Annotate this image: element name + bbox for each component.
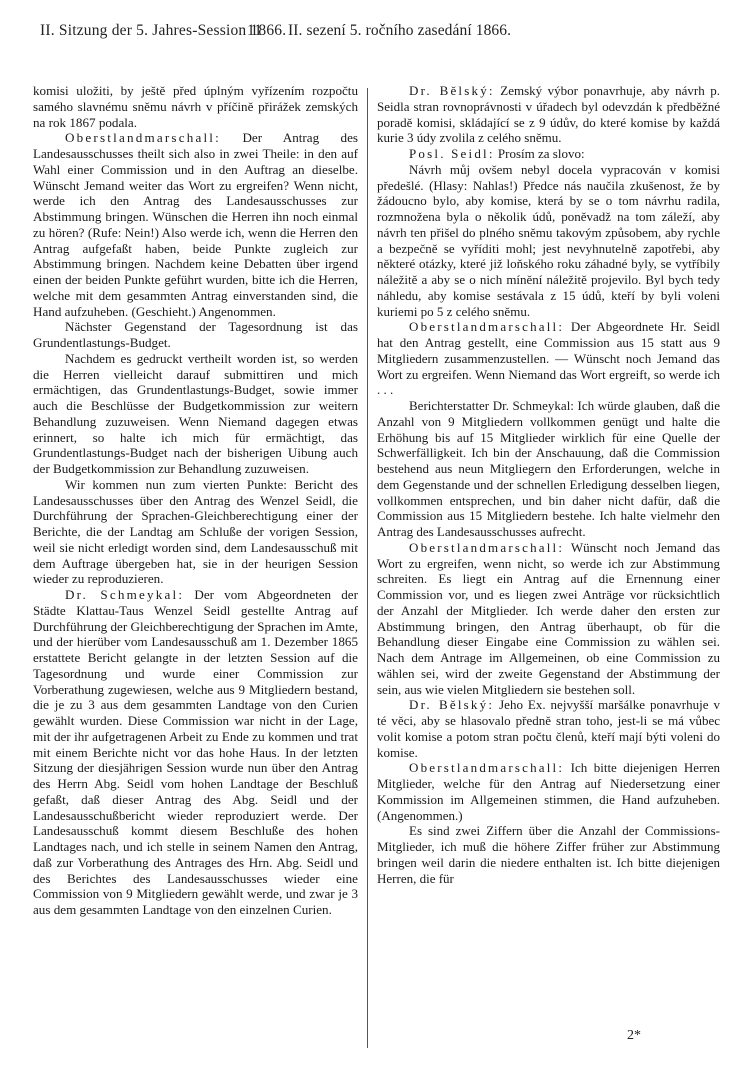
speaker-name: Berichterstatter Dr. Schmeykal:	[409, 398, 574, 413]
speaker-name: Dr. Bělský:	[409, 697, 494, 712]
right-column-czech: Dr. Bělský: Zemský výbor ponavrhuje, aby…	[377, 83, 720, 886]
paragraph: komisi uložiti, by ještě před úplným vyř…	[33, 83, 358, 130]
column-divider	[367, 88, 368, 1048]
paragraph: Oberstlandmarschall: Der Antrag des Land…	[33, 130, 358, 319]
speaker-name: Oberstlandmarschall:	[409, 319, 564, 334]
speaker-name: Posl. Seidl:	[409, 146, 495, 161]
page-number: 11	[247, 22, 262, 40]
paragraph: Nachdem es gedruckt vertheilt worden ist…	[33, 351, 358, 477]
paragraph: Es sind zwei Ziffern über die Anzahl der…	[377, 823, 720, 886]
paragraph: Návrh můj ovšem nebyl docela vypracován …	[377, 162, 720, 320]
paragraph: Oberstlandmarschall: Wünscht noch Jemand…	[377, 540, 720, 698]
paragraph: Posl. Seidl: Prosím za slovo:	[377, 146, 720, 162]
paragraph: Wir kommen nun zum vierten Punkte: Beric…	[33, 477, 358, 587]
signature-mark: 2*	[627, 1028, 641, 1044]
speaker-name: Dr. Bělský:	[409, 83, 495, 98]
speaker-name: Dr. Schmeykal:	[65, 587, 184, 602]
page-header: II. Sitzung der 5. Jahres-Session 1866. …	[0, 22, 750, 42]
paragraph: Dr. Bělský: Jeho Ex. nejvyšší maršálke p…	[377, 697, 720, 760]
paragraph: Oberstlandmarschall: Ich bitte diejenige…	[377, 760, 720, 823]
left-column-german: komisi uložiti, by ještě před úplným vyř…	[33, 83, 358, 918]
paragraph: Oberstlandmarschall: Der Abgeordnete Hr.…	[377, 319, 720, 398]
speaker-name: Oberstlandmarschall:	[409, 760, 564, 775]
paragraph: Dr. Schmeykal: Der vom Abgeordneten der …	[33, 587, 358, 918]
speaker-name: Oberstlandmarschall:	[409, 540, 564, 555]
paragraph: Nächster Gegenstand der Tagesordnung ist…	[33, 319, 358, 351]
paragraph: Dr. Bělský: Zemský výbor ponavrhuje, aby…	[377, 83, 720, 146]
speaker-name: Oberstlandmarschall:	[65, 130, 221, 145]
header-czech-title: II. sezení 5. ročního zasedání 1866.	[288, 22, 511, 40]
paragraph: Berichterstatter Dr. Schmeykal: Ich würd…	[377, 398, 720, 540]
document-page: II. Sitzung der 5. Jahres-Session 1866. …	[0, 0, 750, 1079]
